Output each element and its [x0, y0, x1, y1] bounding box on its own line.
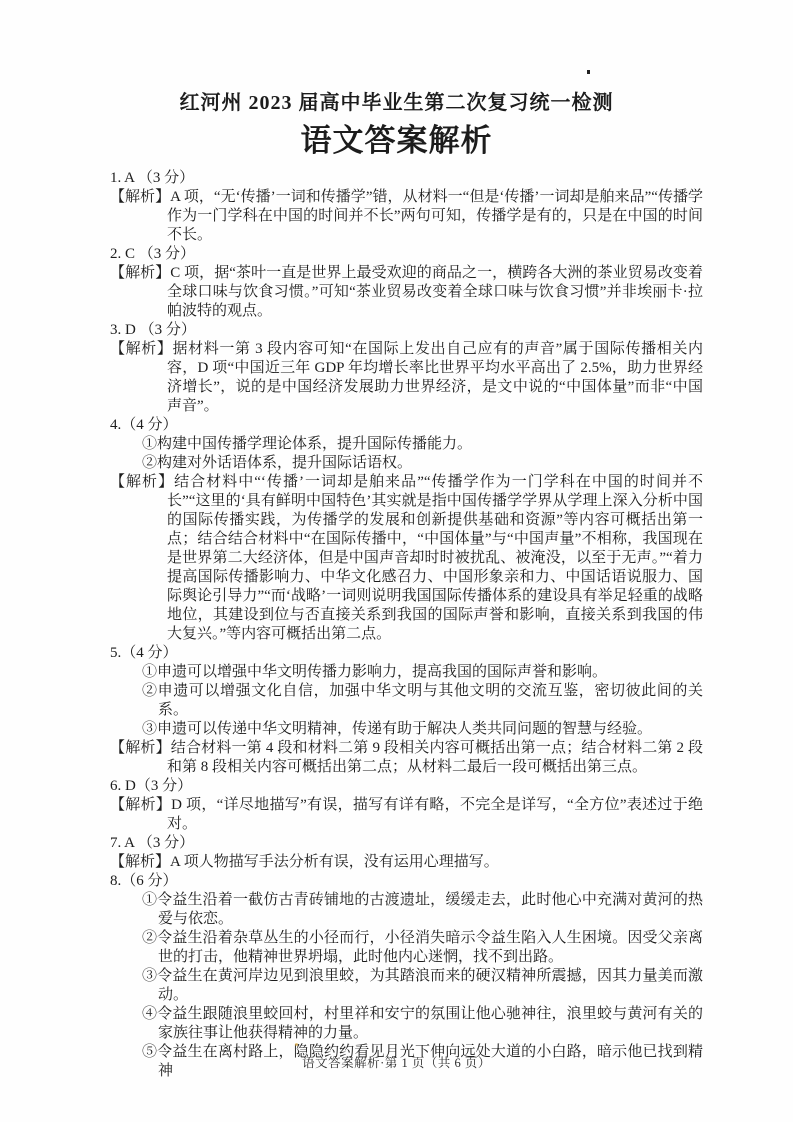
item-head: 8.（6 分） — [110, 872, 703, 891]
item-head: 6. D（3 分） — [110, 777, 703, 796]
scan-artifact-dot — [587, 70, 590, 74]
answer-line: ④令益生跟随浪里蛟回村，村里祥和安宁的氛围让他心驰神往，浪里蛟与黄河有关的家族往… — [110, 1005, 703, 1043]
answer-line: ②令益生沿着杂草丛生的小径而行，小径消失暗示令益生陷入人生困境。因受父亲离世的打… — [110, 929, 703, 967]
answer-item-6: 6. D（3 分） 【解析】D 项，“详尽地描写”有误，描写有详有略，不完全是详… — [110, 777, 703, 834]
answer-line: ②构建对外话语体系，提升国际话语权。 — [110, 454, 703, 473]
answer-item-3: 3. D （3 分） 【解析】据材料一第 3 段内容可知“在国际上发出自己应有的… — [110, 321, 703, 416]
answer-item-2: 2. C （3 分） 【解析】C 项，据“茶叶一直是世界上最受欢迎的商品之一，横… — [110, 245, 703, 321]
item-head: 7. A （3 分） — [110, 834, 703, 853]
item-analysis: 【解析】据材料一第 3 段内容可知“在国际上发出自己应有的声音”属于国际传播相关… — [110, 340, 703, 416]
answer-item-1: 1. A （3 分） 【解析】A 项，“无‘传播’一词和传播学”错，从材料一“但… — [110, 169, 703, 245]
answer-line: ③申遗可以传递中华文明精神，传递有助于解决人类共同问题的智慧与经验。 — [110, 720, 703, 739]
answer-line: ①构建中国传播学理论体系，提升国际传播能力。 — [110, 435, 703, 454]
item-analysis: 【解析】C 项，据“茶叶一直是世界上最受欢迎的商品之一，横跨各大洲的茶业贸易改变… — [110, 264, 703, 321]
item-head: 3. D （3 分） — [110, 321, 703, 340]
item-analysis: 【解析】A 项人物描写手法分析有误，没有运用心理描写。 — [110, 853, 703, 872]
answer-item-7: 7. A （3 分） 【解析】A 项人物描写手法分析有误，没有运用心理描写。 — [110, 834, 703, 872]
exam-title: 红河州 2023 届高中毕业生第二次复习统一检测 — [0, 90, 793, 116]
document-title: 语文答案解析 — [0, 121, 793, 161]
item-head: 4.（4 分） — [110, 416, 703, 435]
answer-line: ③令益生在黄河岸边见到浪里蛟，为其踏浪而来的硬汉精神所震撼，因其力量美而激动。 — [110, 967, 703, 1005]
answer-line: ①申遗可以增强中华文明传播力影响力，提高我国的国际声誉和影响。 — [110, 663, 703, 682]
answer-line: ①令益生沿着一截仿古青砖铺地的古渡遗址，缓缓走去，此时他心中充满对黄河的热爱与依… — [110, 891, 703, 929]
answer-item-4: 4.（4 分） ①构建中国传播学理论体系，提升国际传播能力。 ②构建对外话语体系… — [110, 416, 703, 644]
answers-content: 1. A （3 分） 【解析】A 项，“无‘传播’一词和传播学”错，从材料一“但… — [110, 169, 703, 1081]
item-head: 5.（4 分） — [110, 644, 703, 663]
item-analysis: 【解析】D 项，“详尽地描写”有误，描写有详有略，不完全是详写，“全方位”表述过… — [110, 796, 703, 834]
scan-artifact-speck — [295, 1043, 298, 1046]
document-page: 红河州 2023 届高中毕业生第二次复习统一检测 语文答案解析 1. A （3 … — [0, 0, 793, 1122]
answer-line: ②申遗可以增强文化自信，加强中华文明与其他文明的交流互鉴，密切彼此间的关系。 — [110, 682, 703, 720]
answer-item-5: 5.（4 分） ①申遗可以增强中华文明传播力影响力，提高我国的国际声誉和影响。 … — [110, 644, 703, 777]
item-head: 1. A （3 分） — [110, 169, 703, 188]
item-head: 2. C （3 分） — [110, 245, 703, 264]
item-analysis: 【解析】结合材料一第 4 段和材料二第 9 段相关内容可概括出第一点；结合材料二… — [110, 739, 703, 777]
answer-item-8: 8.（6 分） ①令益生沿着一截仿古青砖铺地的古渡遗址，缓缓走去，此时他心中充满… — [110, 872, 703, 1081]
item-analysis: 【解析】结合材料中“‘传播’一词却是舶来品”“传播学作为一门学科在中国的时间并不… — [110, 473, 703, 644]
page-footer: 语文答案解析·第 1 页（共 6 页） — [0, 1055, 793, 1071]
item-analysis: 【解析】A 项，“无‘传播’一词和传播学”错，从材料一“但是‘传播’一词却是舶来… — [110, 188, 703, 245]
